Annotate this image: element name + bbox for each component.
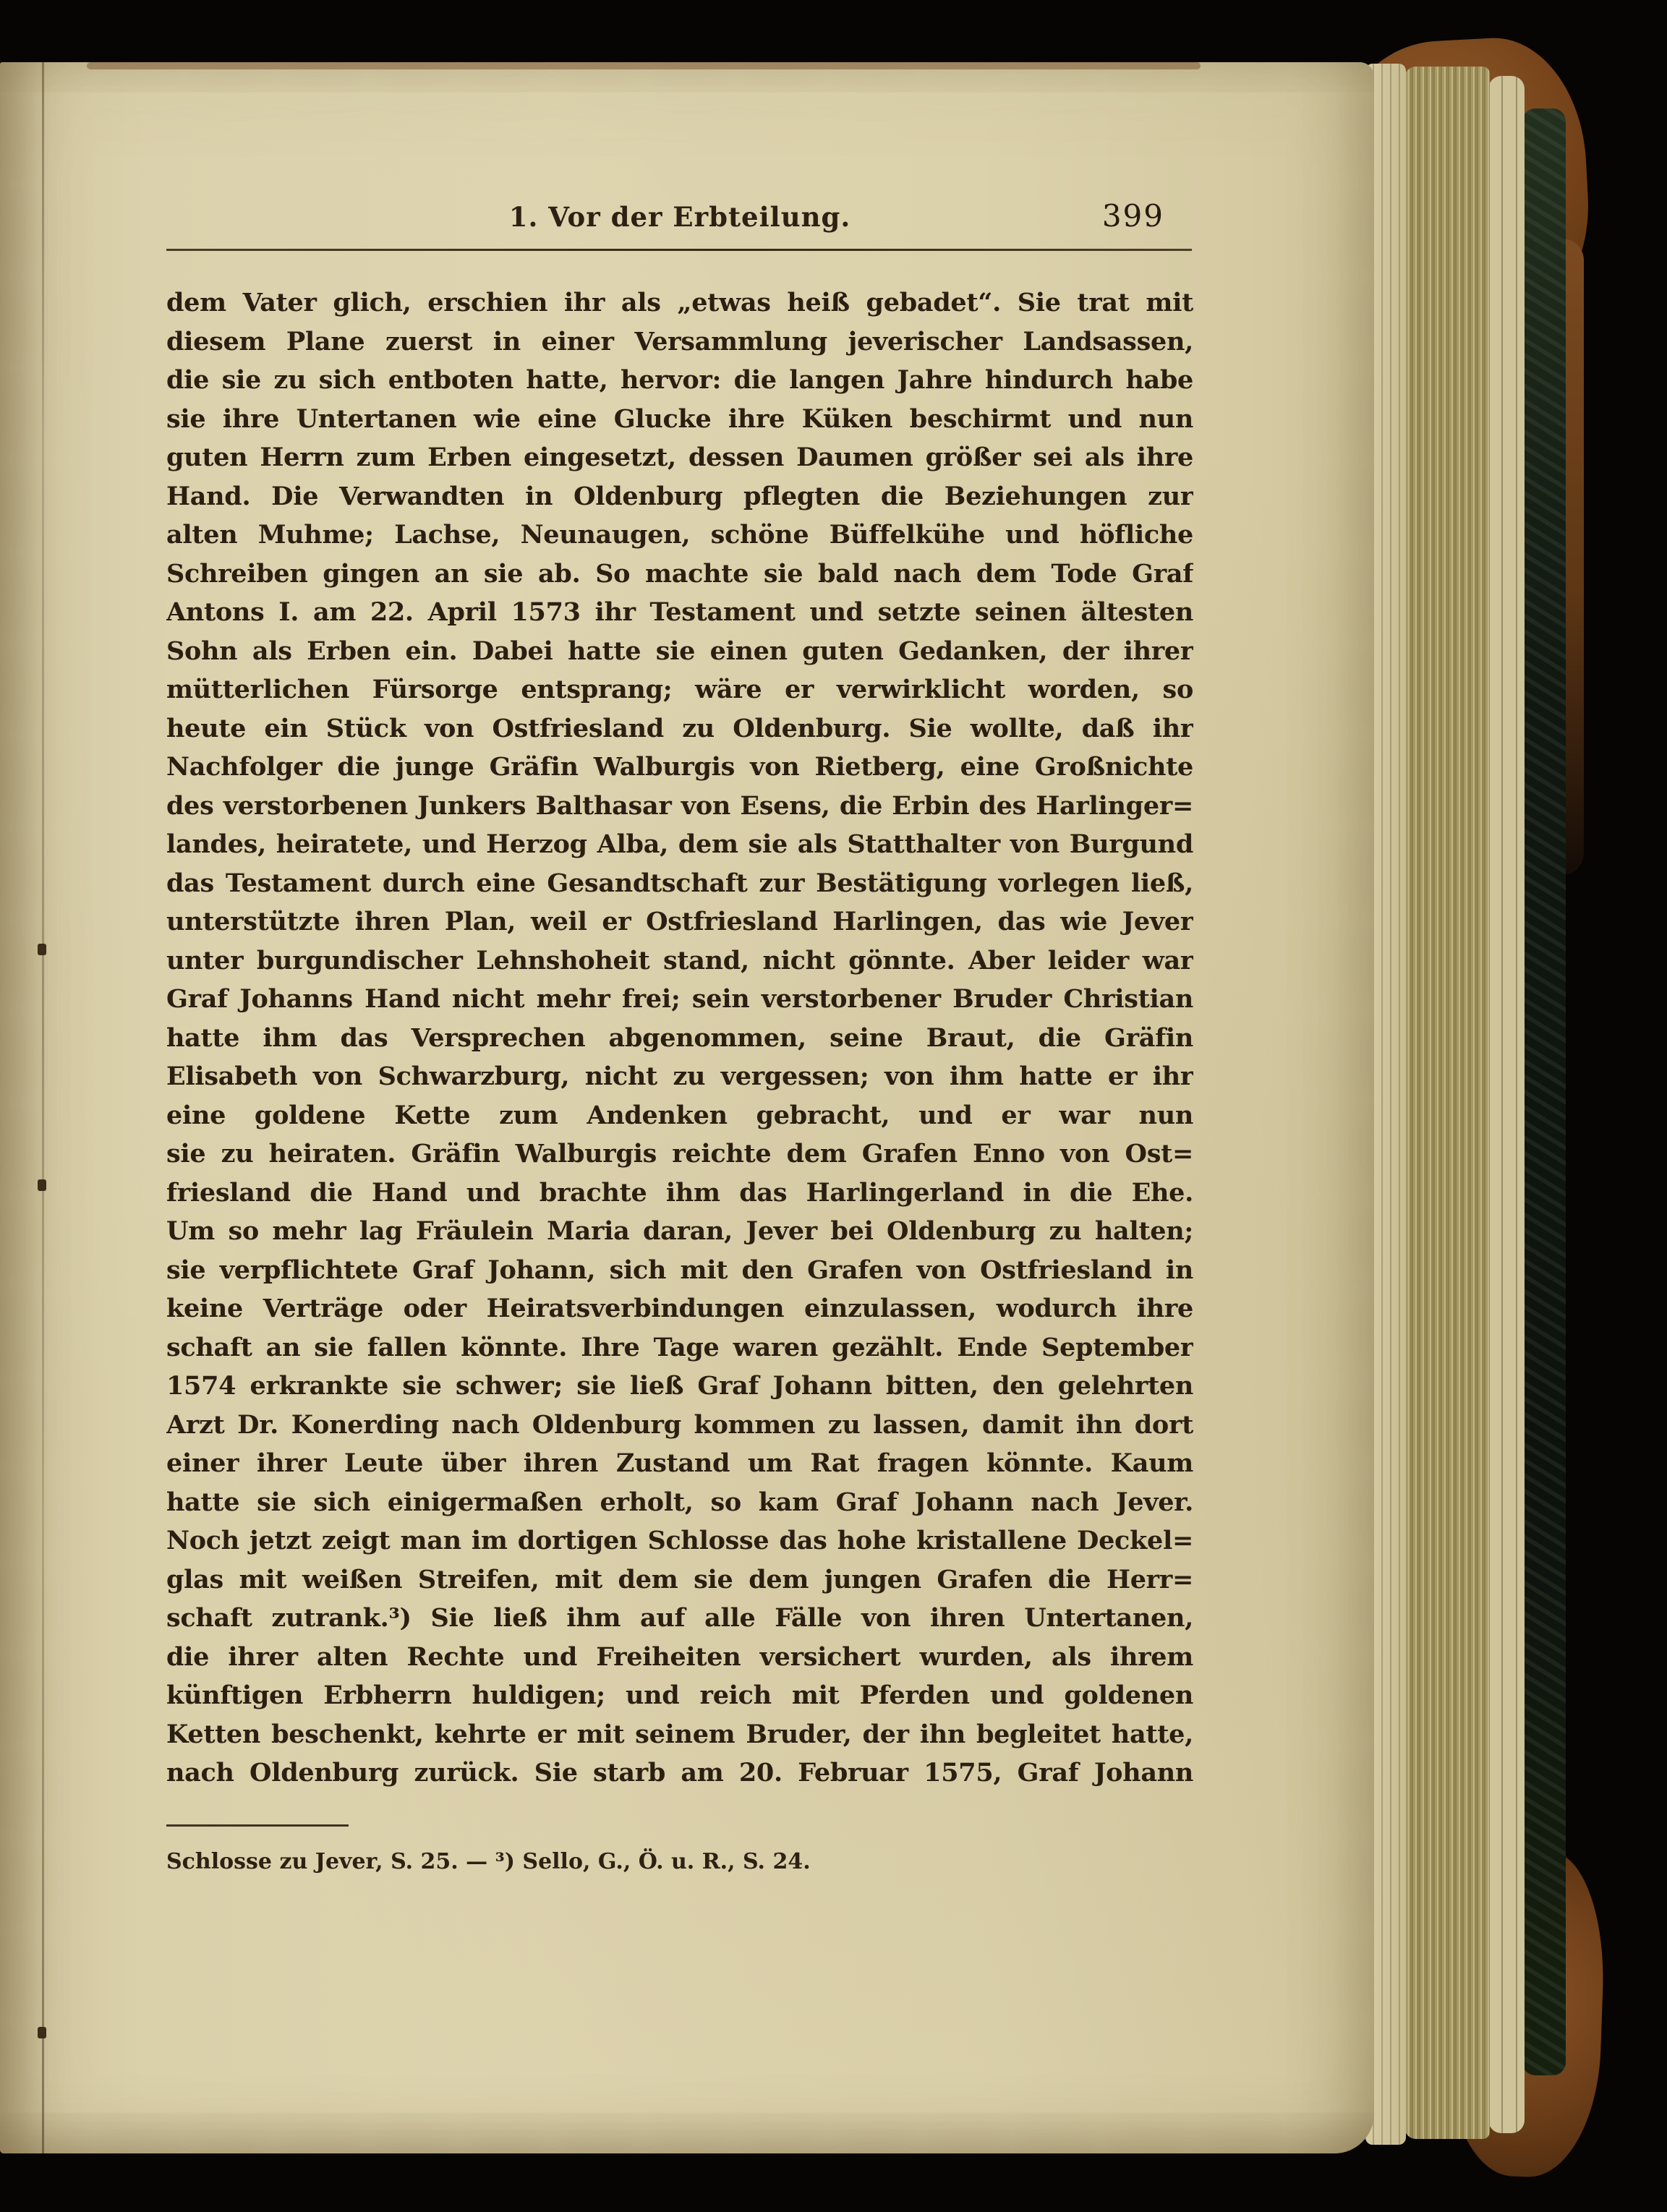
header-rule xyxy=(166,249,1192,251)
cover-board-edge xyxy=(1522,108,1566,2075)
text-line: schaft zutrank.³) Sie ließ ihm auf alle … xyxy=(166,1599,1193,1638)
text-line: künftigen Erbherrn huldigen; und reich m… xyxy=(166,1676,1193,1715)
page-stack-outer-edge xyxy=(1488,76,1525,2133)
text-line: hatte sie sich einigermaßen erholt, so k… xyxy=(166,1483,1193,1522)
text-line: dem Vater glich, erschien ihr als „etwas… xyxy=(166,283,1193,323)
page-stack-fore-edge xyxy=(1404,67,1490,2139)
text-line: Graf Johanns Hand nicht mehr frei; sein … xyxy=(166,980,1193,1019)
text-line: Nachfolger die junge Gräfin Walburgis vo… xyxy=(166,748,1193,787)
text-line: guten Herrn zum Erben eingesetzt, dessen… xyxy=(166,438,1193,477)
text-line: 1574 erkrankte sie schwer; sie ließ Graf… xyxy=(166,1367,1193,1406)
page-header: 1. Vor der Erbteilung. 399 xyxy=(166,201,1193,242)
text-line: Um so mehr lag Fräulein Maria daran, Jev… xyxy=(166,1212,1193,1251)
text-line: hatte ihm das Versprechen abgenommen, se… xyxy=(166,1019,1193,1058)
text-line: diesem Plane zuerst in einer Versammlung… xyxy=(166,323,1193,362)
text-line: heute ein Stück von Ostfriesland zu Olde… xyxy=(166,709,1193,748)
text-line: landes, heiratete, und Herzog Alba, dem … xyxy=(166,825,1193,864)
text-line: das Testament durch eine Gesandtschaft z… xyxy=(166,864,1193,903)
book-scan-photo: 1. Vor der Erbteilung. 399 dem Vater gli… xyxy=(0,0,1667,2212)
text-line: Elisabeth von Schwarzburg, nicht zu verg… xyxy=(166,1057,1193,1096)
text-line: nach Oldenburg zurück. Sie starb am 20. … xyxy=(166,1754,1193,1793)
text-line: Hand. Die Verwandten in Oldenburg pflegt… xyxy=(166,477,1193,516)
text-line: Schreiben gingen an sie ab. So machte si… xyxy=(166,555,1193,594)
text-line: schaft an sie fallen könnte. Ihre Tage w… xyxy=(166,1328,1193,1367)
text-line: Ketten beschenkt, kehrte er mit seinem B… xyxy=(166,1715,1193,1754)
text-line: unterstützte ihren Plan, weil er Ostfrie… xyxy=(166,902,1193,941)
text-line: Antons I. am 22. April 1573 ihr Testamen… xyxy=(166,593,1193,632)
text-line: des verstorbenen Junkers Balthasar von E… xyxy=(166,787,1193,826)
text-line: alten Muhme; Lachse, Neunaugen, schöne B… xyxy=(166,516,1193,555)
footnote-separator-rule xyxy=(166,1824,349,1827)
text-line: glas mit weißen Streifen, mit dem sie de… xyxy=(166,1560,1193,1600)
text-line: die ihrer alten Rechte und Freiheiten ve… xyxy=(166,1638,1193,1677)
text-line: sie verpflichtete Graf Johann, sich mit … xyxy=(166,1251,1193,1290)
page-number: 399 xyxy=(1102,198,1164,234)
text-line: die sie zu sich entboten hatte, hervor: … xyxy=(166,361,1193,400)
text-line: mütterlichen Fürsorge entsprang; wäre er… xyxy=(166,670,1193,709)
page-content: 1. Vor der Erbteilung. 399 dem Vater gli… xyxy=(0,62,1374,2153)
text-line: Sohn als Erben ein. Dabei hatte sie eine… xyxy=(166,632,1193,671)
book-page: 1. Vor der Erbteilung. 399 dem Vater gli… xyxy=(0,62,1374,2153)
text-line: einer ihrer Leute über ihren Zustand um … xyxy=(166,1444,1193,1483)
text-line: Arzt Dr. Konerding nach Oldenburg kommen… xyxy=(166,1406,1193,1445)
text-line: sie ihre Untertanen wie eine Glucke ihre… xyxy=(166,400,1193,439)
body-text: dem Vater glich, erschien ihr als „etwas… xyxy=(166,283,1193,1793)
text-line: Noch jetzt zeigt man im dortigen Schloss… xyxy=(166,1521,1193,1560)
footnote: Schlosse zu Jever, S. 25. — ³) Sello, G.… xyxy=(166,1847,1193,1877)
text-line: keine Verträge oder Heiratsverbindungen … xyxy=(166,1289,1193,1328)
text-line: unter burgundischer Lehnshoheit stand, n… xyxy=(166,941,1193,981)
text-line: eine goldene Kette zum Andenken gebracht… xyxy=(166,1096,1193,1135)
text-line: friesland die Hand und brachte ihm das H… xyxy=(166,1174,1193,1213)
text-line: sie zu heiraten. Gräfin Walburgis reicht… xyxy=(166,1135,1193,1174)
section-title: 1. Vor der Erbteilung. xyxy=(166,201,1193,233)
